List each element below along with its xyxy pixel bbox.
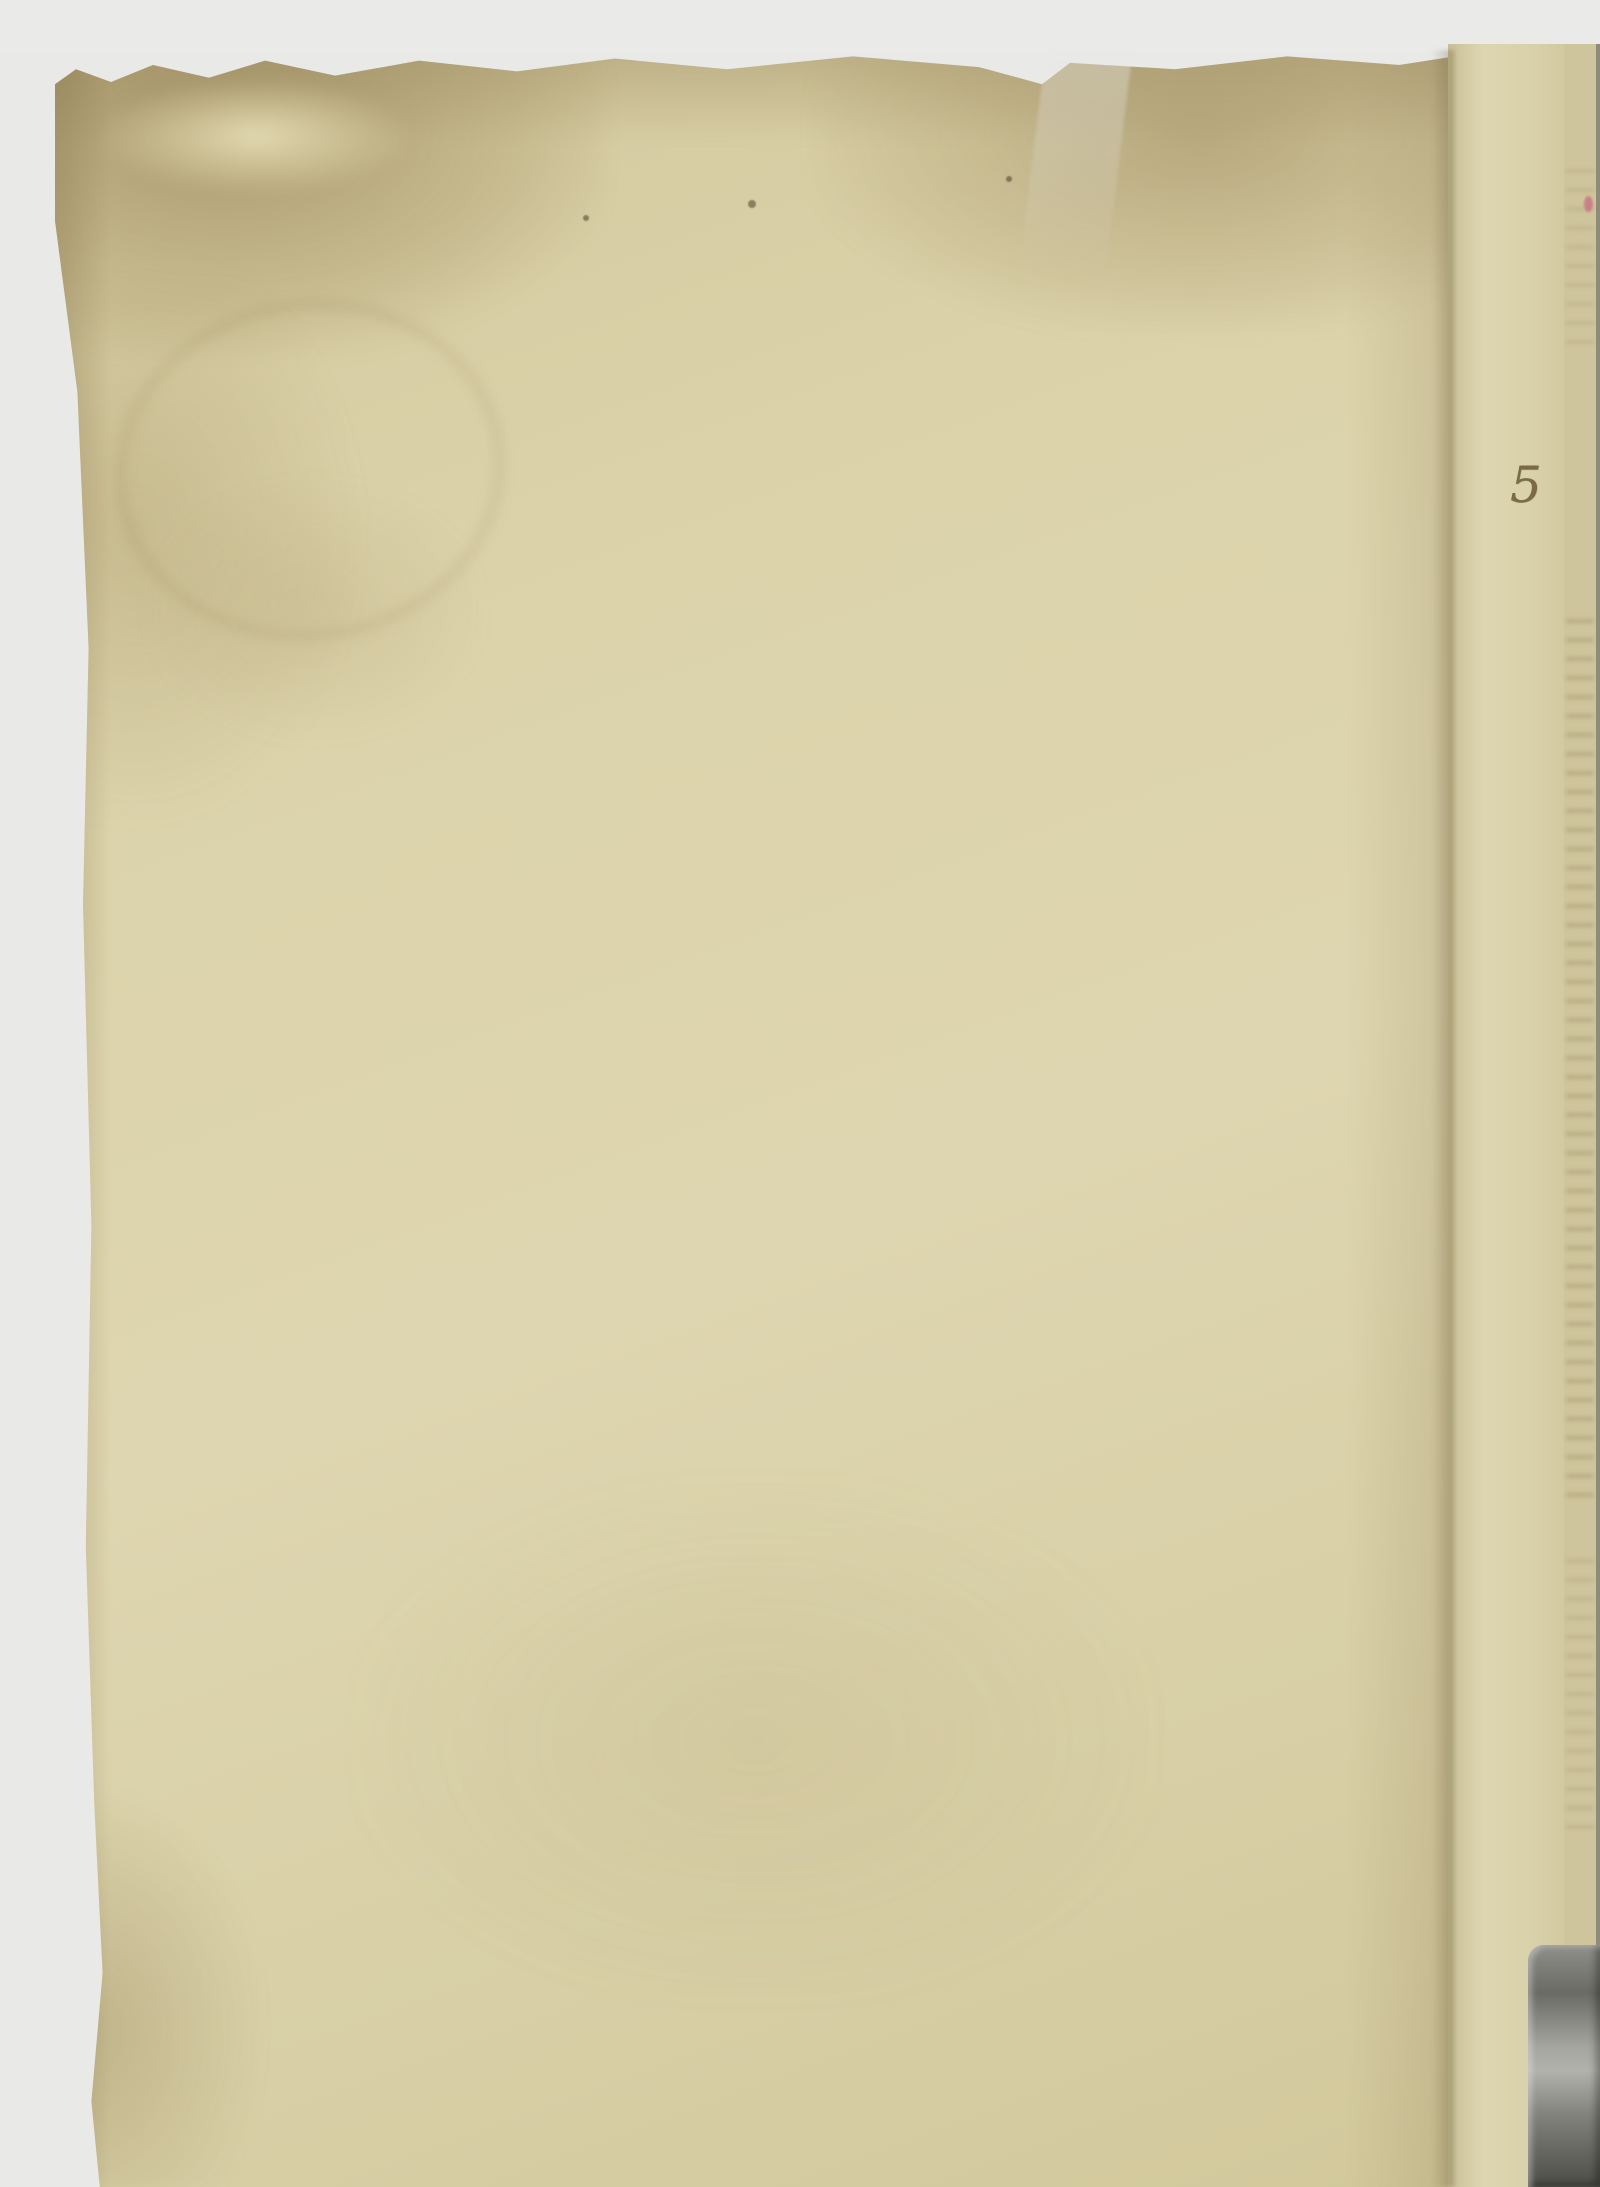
stain-light-patch (95, 76, 415, 196)
adjacent-page-text-bleed (1566, 154, 1594, 344)
manuscript-page (55, 50, 1455, 2187)
stain-top-right (815, 30, 1455, 330)
manuscript-photograph: Obligacio Johannes albertus rex Sigismun… (0, 0, 1600, 2187)
adjacent-page-strip (1564, 44, 1596, 2187)
stain-mid-pale (145, 480, 485, 740)
ink-fleck (748, 200, 756, 208)
folio-number: 5 (1510, 456, 1542, 514)
adjacent-page-text-bleed (1566, 1544, 1594, 1844)
stain-bottom-left (43, 1790, 263, 2187)
ink-fleck (583, 215, 589, 221)
stain-top-band (35, 42, 1455, 142)
red-ink-mark (1584, 196, 1593, 212)
binding-gutter-shadow (1432, 50, 1454, 2187)
page-left-edge-shading (55, 50, 111, 2187)
metal-clamp (1528, 1945, 1600, 2187)
facing-page-edge: 5 (1448, 44, 1566, 2187)
stain-left-middle (35, 290, 365, 830)
stain-lower-mottle (355, 1480, 1155, 2000)
adjacent-page-text-bleed (1566, 604, 1594, 1504)
photo-backdrop (0, 0, 1600, 52)
stain-top-left (45, 44, 605, 354)
water-stain-ring (93, 275, 527, 666)
ink-fleck (1006, 176, 1012, 182)
book-edge-line (1596, 44, 1600, 2187)
